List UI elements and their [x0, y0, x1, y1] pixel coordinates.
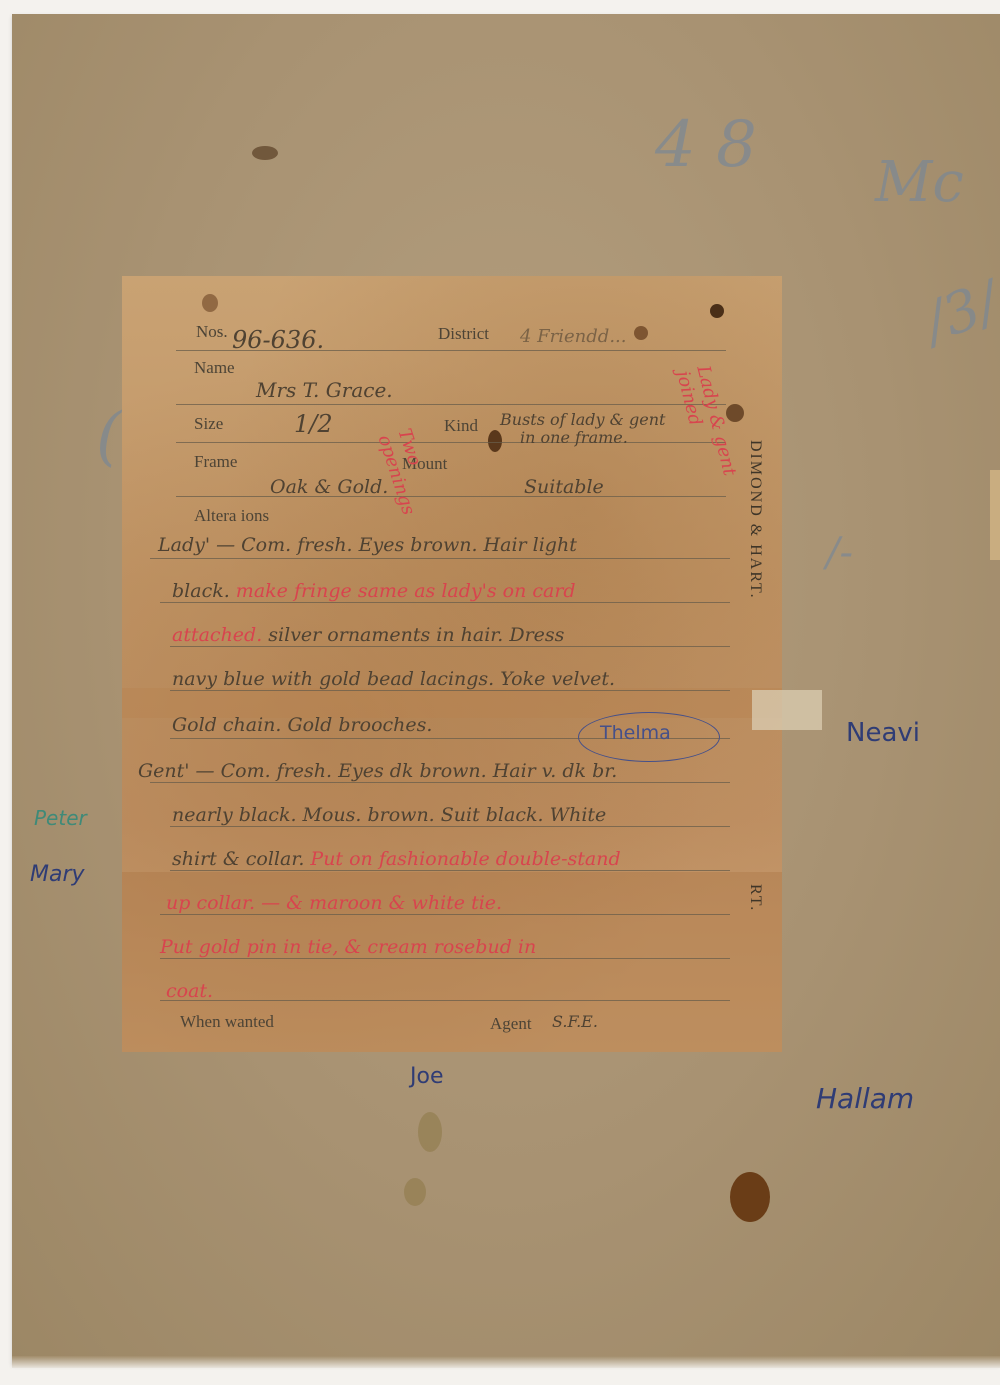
alteration-red-text: Put on fashionable double-stand: [304, 848, 620, 870]
stain: [726, 404, 744, 422]
form-rule: [160, 1000, 730, 1001]
alteration-red-text: attached.: [172, 624, 262, 646]
stain: [252, 146, 278, 160]
alteration-red-text: up collar. — & maroon & white tie.: [166, 892, 502, 914]
form-rule: [170, 690, 730, 691]
note-mary: Mary: [30, 862, 85, 887]
alteration-text: Gold chain. Gold brooches.: [172, 714, 432, 736]
label-nos: Nos.: [196, 322, 228, 342]
label-kind: Kind: [444, 416, 478, 436]
board-edge: [12, 1356, 1000, 1368]
stain: [202, 294, 218, 312]
alteration-red-text: make fringe same as lady's on card: [230, 580, 576, 602]
alteration-line-7: nearly black. Mous. brown. Suit black. W…: [172, 804, 606, 826]
alteration-red-text: Put gold pin in tie, & cream rosebud in: [160, 936, 536, 958]
alteration-line-8: shirt & collar. Put on fashionable doubl…: [172, 848, 621, 870]
alteration-line-11: coat.: [166, 980, 213, 1002]
form-rule: [176, 496, 726, 497]
pencil-note: (: [96, 400, 121, 474]
form-rule: [170, 646, 730, 647]
pencil-note: Mc: [875, 150, 964, 215]
circled-note: Thelma: [600, 722, 671, 744]
value-mount: Suitable: [524, 476, 604, 498]
alteration-line-10: Put gold pin in tie, & cream rosebud in: [160, 936, 536, 958]
alteration-text: Gent' — Com. fresh. Eyes dk brown. Hair …: [138, 760, 617, 782]
stain: [634, 326, 648, 340]
label-agent: Agent: [490, 1014, 532, 1034]
alteration-line-1: Lady' — Com. fresh. Eyes brown. Hair lig…: [158, 534, 577, 556]
form-rule: [160, 602, 730, 603]
alteration-line-9: up collar. — & maroon & white tie.: [166, 892, 502, 914]
alteration-text: silver ornaments in hair. Dress: [262, 624, 564, 646]
form-rule: [160, 958, 730, 959]
alteration-text: Lady' — Com. fresh. Eyes brown. Hair lig…: [158, 534, 577, 556]
alteration-line-3: attached. silver ornaments in hair. Dres…: [172, 624, 564, 646]
value-agent: S.F.E.: [552, 1012, 598, 1031]
label-frame: Frame: [194, 452, 237, 472]
form-rule: [160, 914, 730, 915]
studio-stamp: DIMOND & HART.: [746, 440, 764, 600]
stain: [488, 430, 502, 452]
form-rule: [176, 404, 726, 405]
alteration-text: nearly black. Mous. brown. Suit black. W…: [172, 804, 606, 826]
stain: [418, 1112, 442, 1152]
stain: [710, 304, 724, 318]
alteration-line-2: black. make fringe same as lady's on car…: [172, 580, 576, 602]
alteration-line-5: Gold chain. Gold brooches.: [172, 714, 432, 736]
alteration-text: black.: [172, 580, 230, 602]
form-rule: [170, 826, 730, 827]
alteration-line-6: Gent' — Com. fresh. Eyes dk brown. Hair …: [138, 760, 617, 782]
value-name: Mrs T. Grace.: [256, 378, 393, 402]
note-neavi: Neavi: [846, 718, 920, 748]
pencil-note: 4 8: [655, 108, 757, 182]
stain: [730, 1172, 770, 1222]
label-when-wanted: When wanted: [180, 1012, 274, 1032]
form-rule: [170, 870, 730, 871]
form-rule: [176, 442, 726, 443]
note-joe: Joe: [410, 1064, 443, 1089]
label-size: Size: [194, 414, 223, 434]
value-kind-line1: Busts of lady & gent: [500, 410, 665, 429]
value-size: 1/2: [294, 410, 333, 438]
value-kind-line2: in one frame.: [520, 428, 628, 447]
pencil-note: /-: [826, 530, 853, 576]
torn-paper: [752, 690, 822, 730]
alteration-text: navy blue with gold bead lacings. Yoke v…: [172, 668, 615, 690]
note-peter: Peter: [34, 806, 87, 830]
value-nos: 96-636.: [232, 326, 324, 354]
alteration-text: shirt & collar.: [172, 848, 304, 870]
form-rule: [150, 782, 730, 783]
alteration-red-text: coat.: [166, 980, 213, 1002]
label-name: Name: [194, 358, 235, 378]
note-hallam: Hallam: [816, 1082, 914, 1115]
studio-stamp-lower: RT.: [746, 884, 764, 912]
form-rule: [150, 558, 730, 559]
board-strip: [990, 470, 1000, 560]
value-district: 4 Friendd...: [520, 326, 626, 347]
label-alterations: Altera ions: [194, 506, 269, 526]
label-district: District: [438, 324, 489, 344]
stain: [404, 1178, 426, 1206]
value-frame: Oak & Gold.: [270, 476, 388, 498]
alteration-line-4: navy blue with gold bead lacings. Yoke v…: [172, 668, 615, 690]
